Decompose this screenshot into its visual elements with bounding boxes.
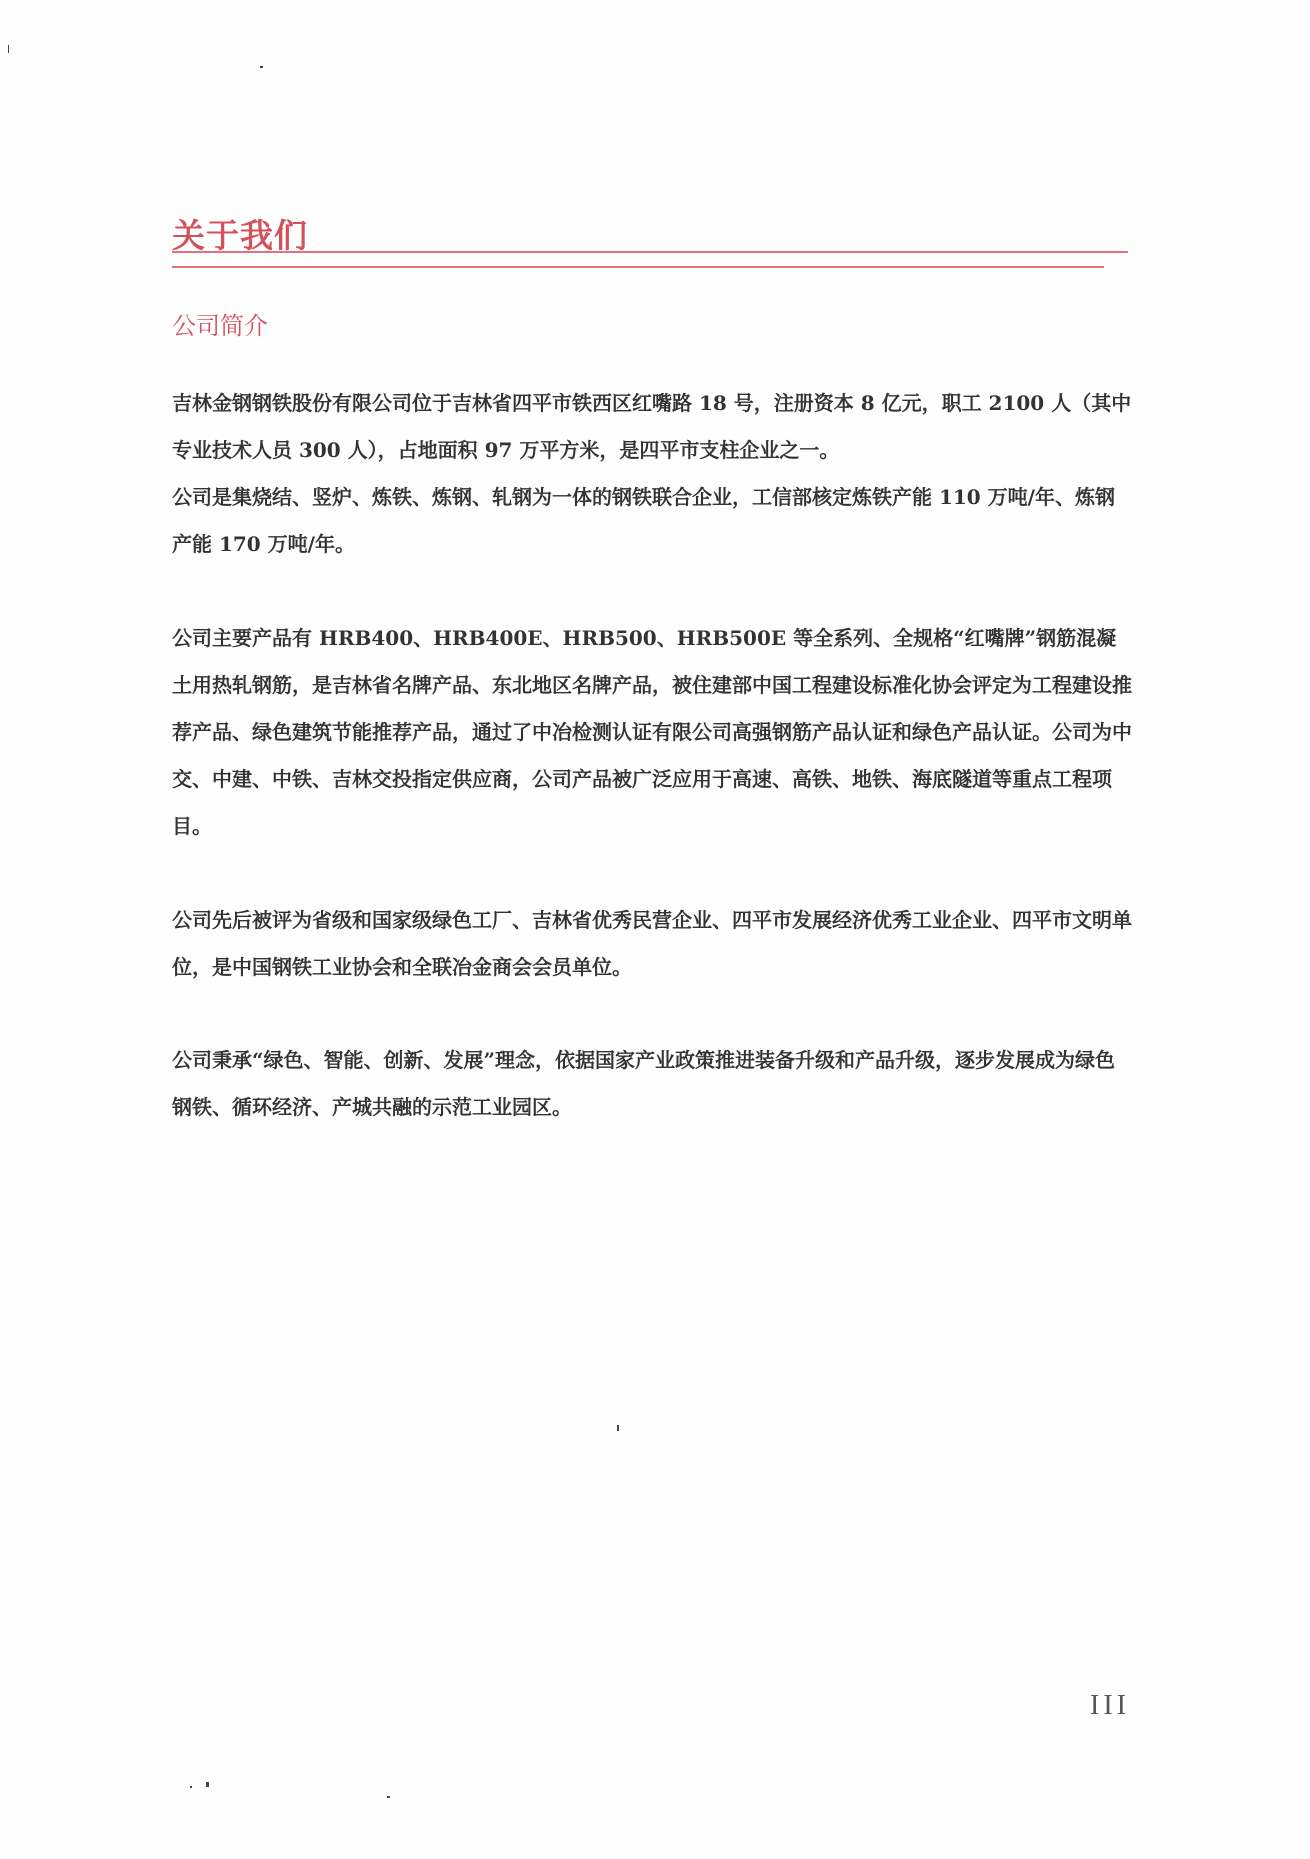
paragraph-company-overview: 吉林金钢钢铁股份有限公司位于吉林省四平市铁西区红嘴路 18 号，注册资本 8 亿… (172, 380, 1132, 474)
title-divider-bottom (172, 266, 1104, 268)
page-number: III (1090, 1690, 1130, 1722)
scan-speck (8, 45, 9, 53)
page-title: 关于我们 (172, 210, 308, 257)
scan-speck (260, 66, 263, 68)
section-subtitle: 公司简介 (172, 306, 268, 341)
scan-speck (190, 1786, 192, 1788)
paragraph-products: 公司主要产品有 HRB400、HRB400E、HRB500、HRB500E 等全… (172, 615, 1132, 850)
scan-speck (206, 1782, 209, 1787)
paragraph-philosophy: 公司秉承“绿色、智能、创新、发展”理念，依据国家产业政策推进装备升级和产品升级，… (172, 1037, 1132, 1131)
scan-speck (387, 1796, 390, 1798)
title-divider-top (172, 251, 1128, 253)
paragraph-production-capacity: 公司是集烧结、竖炉、炼铁、炼钢、轧钢为一体的钢铁联合企业，工信部核定炼铁产能 1… (172, 474, 1132, 568)
scan-speck (617, 1425, 619, 1431)
paragraph-honors: 公司先后被评为省级和国家级绿色工厂、吉林省优秀民营企业、四平市发展经济优秀工业企… (172, 897, 1132, 991)
